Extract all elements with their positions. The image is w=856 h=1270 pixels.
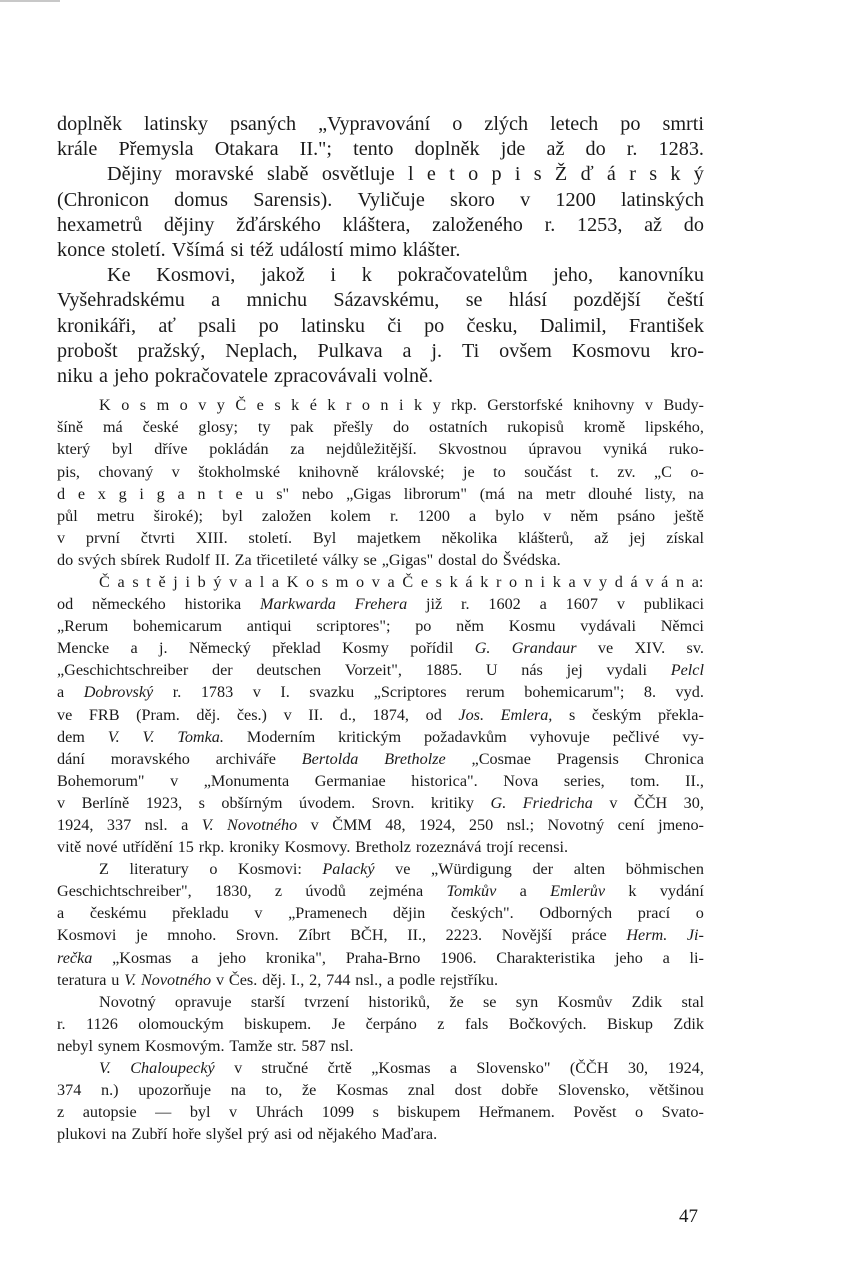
main-line: KeKosmovi,jakožikpokračovatelůmjeho,kano… [57, 263, 704, 288]
note-line: dosvýchsbírekRudolfII.Zatřicetiletéválky… [57, 549, 704, 571]
note-line: „Rerumbohemicarumantiquiscriptores";poně… [57, 615, 704, 637]
note-line: vitěnovéutřídění15rkp.kronikyKosmovy.Bre… [57, 836, 704, 858]
scan-edge-artifact [0, 0, 60, 2]
note-line: odněmeckéhohistorikaMarkwardaFreherajižr… [57, 593, 704, 615]
note-line: Kosmovijemnoho.Srovn.ZíbrtBČH,II.,2223.N… [57, 924, 704, 946]
notes-section: KosmovyČeskékronikyrkp.Gerstorfskéknihov… [57, 394, 704, 1145]
note-line: aDobrovskýr.1783vI.svazku„Scriptoresreru… [57, 681, 704, 703]
note-line: veFRB(Pram.děj.čes.)vII.d.,1874,odJos.Em… [57, 704, 704, 726]
note-line: Geschichtschreiber",1830,zúvodůzejménaTo… [57, 880, 704, 902]
note-line: šíněmáčeskéglosy;typakpřešlydoostatníchr… [57, 416, 704, 438]
note-line: 1924,337nsl.aV.NovotnéhovČMM48,1924,250n… [57, 814, 704, 836]
note-line: Novotnýopravujestaršítvrzeníhistoriků,že… [57, 991, 704, 1013]
main-line: králePřemyslaOtakaraII.";tentodoplněkjde… [57, 137, 704, 162]
note-line: Bohemorum"v„MonumentaGermaniaehistorica"… [57, 770, 704, 792]
note-line: ČastějibývalaKosmovaČeskákronikavydávána… [57, 571, 704, 593]
note-line: vprvníčtvrtiXIII.století.Bylmajetkemněko… [57, 527, 704, 549]
main-line: (ChronicondomusSarensis).Vyličujeskorov1… [57, 188, 704, 213]
note-line: nebylsynemKosmovým.Tamžestr.587nsl. [57, 1035, 704, 1057]
page-number: 47 [679, 1206, 698, 1228]
note-line: ačeskémupřekladuv„Pramenechdějinčeských"… [57, 902, 704, 924]
note-line: půlmetruširoké);bylzaloženkolemr.1200aby… [57, 505, 704, 527]
note-line: dánímoravskéhoarchivářeBertoldaBretholze… [57, 748, 704, 770]
main-text-body: doplněklatinskypsaných„Vypravováníozlých… [57, 112, 704, 389]
note-line: demV.V.Tomka.Modernímkritickýmpožadavkům… [57, 726, 704, 748]
main-line: hexametrůdějinyžďárskéhokláštera,založen… [57, 213, 704, 238]
note-line: KosmovyČeskékronikyrkp.Gerstorfskéknihov… [57, 394, 704, 416]
note-line: zautopsie—bylvUhrách1099sbiskupemHeřmane… [57, 1101, 704, 1123]
note-line: rečka„Kosmasajehokronika",Praha-Brno1906… [57, 947, 704, 969]
main-line: nikuajehopokračovatelezpracovávalivolně. [57, 364, 704, 389]
note-line: plukovinaZubříhořeslyšelprýasiodnějakého… [57, 1123, 704, 1145]
main-line: koncestoletí.Všímásitéžudálostímimoklášt… [57, 238, 704, 263]
note-line: ZliteraturyoKosmovi:Palackýve„Würdigungd… [57, 858, 704, 880]
note-line: teraturauV.NovotnéhovČes.děj.I.,2,744nsl… [57, 969, 704, 991]
note-line: Menckeaj.NěmeckýpřekladKosmypořídilG.Gra… [57, 637, 704, 659]
note-line: 374n.)upozorňujenato,žeKosmasznaldostdob… [57, 1079, 704, 1101]
main-line: kronikáři,aťpsalipolatinskučipočesku,Dal… [57, 314, 704, 339]
note-line: „GeschichtschreiberderdeutschenVorzeit",… [57, 659, 704, 681]
note-line: kterýbyldřívepokládánzanejdůležitější.Sk… [57, 438, 704, 460]
main-line: VyšehradskémuamnichuSázavskému,sehlásípo… [57, 288, 704, 313]
main-line: proboštpražský,Neplach,Pulkavaaj.Tiovšem… [57, 339, 704, 364]
note-line: r.1126olomouckýmbiskupem.JečerpánozfalsB… [57, 1013, 704, 1035]
book-page: doplněklatinskypsaných„Vypravováníozlých… [57, 112, 704, 1145]
note-line: vBerlíně1923,sobšírnýmúvodem.Srovn.kriti… [57, 792, 704, 814]
note-line: dexgiganteus"nebo„Gigaslibrorum"(mánamet… [57, 483, 704, 505]
main-line: doplněklatinskypsaných„Vypravováníozlých… [57, 112, 704, 137]
note-line: pis,chovanývštokholmskéknihovněkrálovské… [57, 461, 704, 483]
note-line: V.Chaloupeckývstručnéčrtě„KosmasaSlovens… [57, 1057, 704, 1079]
main-line: DějinymoravskéslaběosvětlujeletopisŽďárs… [57, 162, 704, 187]
